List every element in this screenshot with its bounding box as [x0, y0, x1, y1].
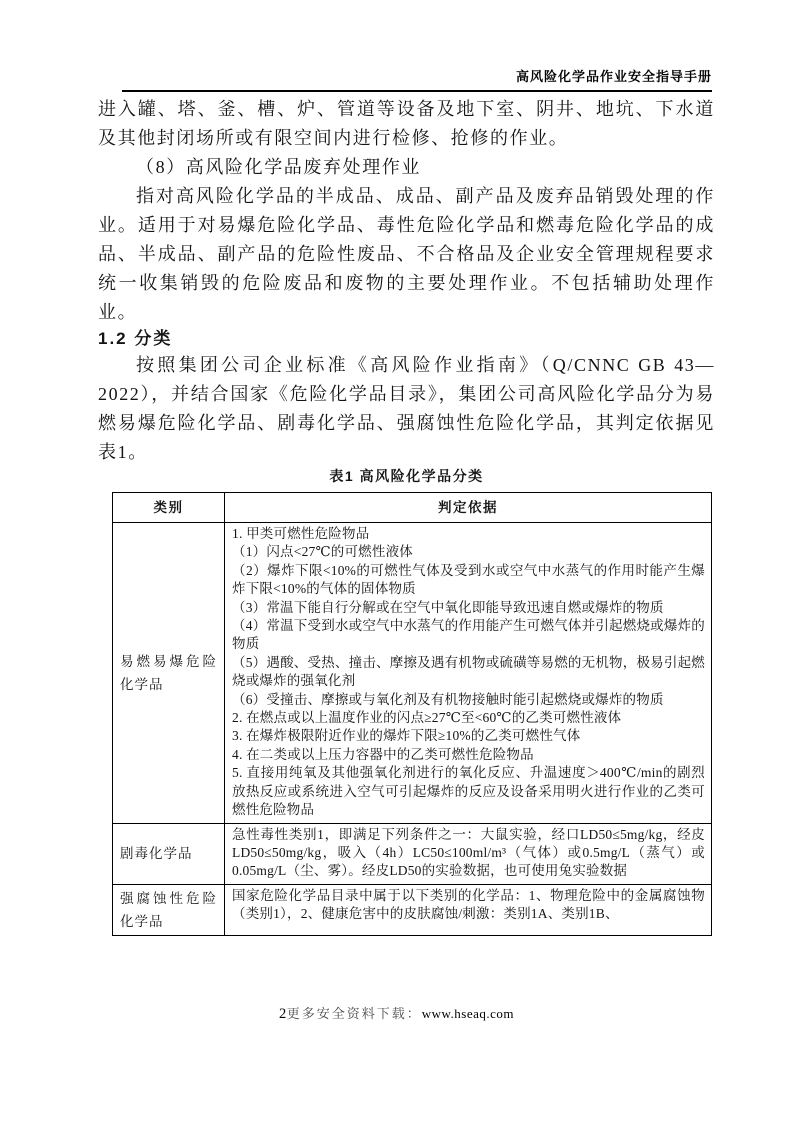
footer-note: 更多安全资料下载：: [287, 1006, 422, 1021]
table-row-flammable: 易燃易爆危险化学品 1. 甲类可燃性危险物品 （1）闪点<27℃的可燃性液体 （…: [113, 523, 712, 824]
paragraph-continued: 进入罐、塔、釜、槽、炉、管道等设备及地下室、阴井、地坑、下水道及其他封闭场所或有…: [98, 95, 715, 153]
criteria-line: （3）常温下能自行分解或在空气中氧化即能导致迅速自燃或爆炸的物质: [232, 599, 705, 617]
table-header-category: 类别: [113, 493, 225, 523]
category-cell: 强腐蚀性危险化学品: [113, 884, 225, 935]
paragraph-classification: 按照集团公司企业标准《高风险作业指南》（Q/CNNC GB 43—2022），并…: [98, 351, 715, 467]
criteria-line: （2）爆炸下限<10%的可燃性气体及受到水或空气中水蒸气的作用时能产生爆炸下限<…: [232, 562, 705, 599]
table-row-corrosive: 强腐蚀性危险化学品 国家危险化学品目录中属于以下类别的化学品：1、物理危险中的金…: [113, 884, 712, 935]
criteria-line: 急性毒性类别1，即满足下列条件之一：大鼠实验，经口LD50≤5mg/kg，经皮L…: [232, 826, 705, 881]
running-header-title: 高风险化学品作业安全指导手册: [98, 66, 712, 85]
criteria-cell: 1. 甲类可燃性危险物品 （1）闪点<27℃的可燃性液体 （2）爆炸下限<10%…: [225, 523, 712, 824]
criteria-line: （1）闪点<27℃的可燃性液体: [232, 543, 705, 561]
criteria-line: 2. 在燃点或以上温度作业的闪点≥27℃至<60℃的乙类可燃性液体: [232, 709, 705, 727]
criteria-line: 1. 甲类可燃性危险物品: [232, 525, 705, 543]
footer-url: www.hseaq.com: [422, 1006, 514, 1021]
document-page: 高风险化学品作业安全指导手册 进入罐、塔、釜、槽、炉、管道等设备及地下室、阴井、…: [0, 0, 793, 1122]
table-row-toxic: 剧毒化学品 急性毒性类别1，即满足下列条件之一：大鼠实验，经口LD50≤5mg/…: [113, 823, 712, 884]
page-footer: 2更多安全资料下载：www.hseaq.com: [0, 1003, 793, 1023]
table-title: 表1 高风险化学品分类: [98, 467, 715, 485]
category-cell: 剧毒化学品: [113, 823, 225, 884]
page-number: 2: [279, 1006, 287, 1022]
criteria-line: （6）受撞击、摩擦或与氧化剂及有机物接触时能引起燃烧或爆炸的物质: [232, 691, 705, 709]
section-heading-1-2: 1.2 分类: [98, 327, 715, 351]
body-text: 进入罐、塔、釜、槽、炉、管道等设备及地下室、阴井、地坑、下水道及其他封闭场所或有…: [98, 95, 715, 936]
paragraph-item8-description: 指对高风险化学品的半成品、成品、副产品及废弃品销毁处理的作业。适用于对易爆危险化…: [98, 182, 715, 327]
criteria-line: 4. 在二类或以上压力容器中的乙类可燃性危险物品: [232, 746, 705, 764]
criteria-line: 国家危险化学品目录中属于以下类别的化学品：1、物理危险中的金属腐蚀物（类别1），…: [232, 887, 705, 924]
table-header-row: 类别 判定依据: [113, 493, 712, 523]
criteria-line: 5. 直接用纯氧及其他强氧化剂进行的氧化反应、升温速度＞400℃/min的剧烈放…: [232, 764, 705, 819]
category-cell: 易燃易爆危险化学品: [113, 523, 225, 824]
criteria-line: （5）遇酸、受热、撞击、摩擦及遇有机物或硫磺等易燃的无机物，极易引起燃烧或爆炸的…: [232, 654, 705, 691]
criteria-line: （4）常温下受到水或空气中水蒸气的作用能产生可燃气体并引起燃烧或爆炸的物质: [232, 617, 705, 654]
paragraph-item8-heading: （8）高风险化学品废弃处理作业: [98, 153, 715, 182]
table-header-criteria: 判定依据: [225, 493, 712, 523]
criteria-line: 3. 在爆炸极限附近作业的爆炸下限≥10%的乙类可燃性气体: [232, 727, 705, 745]
criteria-cell: 急性毒性类别1，即满足下列条件之一：大鼠实验，经口LD50≤5mg/kg，经皮L…: [225, 823, 712, 884]
criteria-cell: 国家危险化学品目录中属于以下类别的化学品：1、物理危险中的金属腐蚀物（类别1），…: [225, 884, 712, 935]
classification-table: 类别 判定依据 易燃易爆危险化学品 1. 甲类可燃性危险物品 （1）闪点<27℃…: [112, 492, 712, 936]
header-rule: [122, 90, 712, 92]
